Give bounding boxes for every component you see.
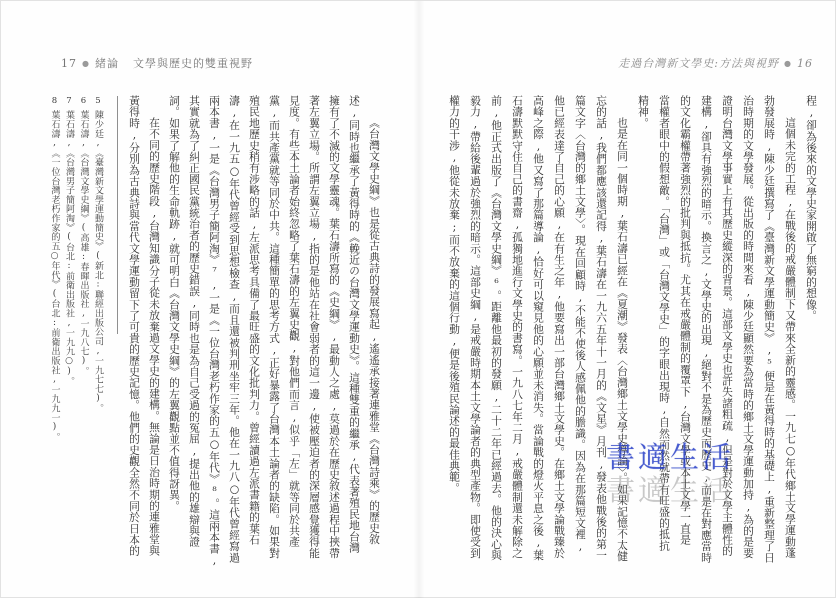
footnote-text: 葉石濤,《一位台灣老朽作家的五○年代》(台北:前衛出版社,一九九一)。 — [50, 110, 60, 442]
text-column: 毅力,帶給後輩過於強烈的暗示。這部史綱,是戒嚴時期本土文學論者的典型產物。即使受… — [465, 95, 486, 577]
footnote: 7葉石濤,《台灣男子簡阿淘》(台北:前衛出版社,一九九○)。 — [62, 96, 77, 556]
footnote-number: 7 — [62, 96, 77, 106]
text-column: 權力的干涉,他從未放棄;而不放棄的這個行動,便是後殖民論述的最佳典範。 — [444, 95, 465, 577]
page-right: 走過台灣新文學史:方法與視野●16 程,卻為後來的文學史家開啟了無窮的想像。 這… — [419, 1, 836, 598]
text-column: 詞。如果了解他的生命軌跡,就可明白《台灣文學史綱》的左翼觀點並不值得訝異。 — [164, 95, 184, 577]
watermark-stamp: 書適生活 書適生活 — [606, 441, 734, 507]
book-spread: 17●緒論文學與歷史的雙重視野 《台灣文學史綱》也是從古典詩的發展寫起,遙遙承接… — [0, 0, 836, 598]
text-column: 這個未完的工程,在戰後的戒嚴體制下又帶來全新的靈感。一九七○年代鄉土文學運動蓬 — [780, 95, 801, 577]
footnote-number: 8 — [47, 96, 62, 106]
footnote: 8葉石濤,《一位台灣老朽作家的五○年代》(台北:前衛出版社,一九九一)。 — [47, 96, 62, 556]
text-column: 黨,而共產黨就等同於中共。這種簡單的思考方式,正好暴露了台灣本土論者的缺陷。如果… — [264, 95, 284, 577]
right-page-number: 16 — [797, 57, 813, 70]
footnote: 5陳少廷,《臺灣新文學運動簡史》(新北:聯經出版公司,一九七七)。 — [91, 96, 106, 556]
left-running-head: 17●緒論文學與歷史的雙重視野 — [61, 55, 253, 71]
text-column: 在不同的歷史階段,台灣知識分子從未放棄過文學史的建構。無論是日治時期的連雅堂與 — [144, 95, 164, 577]
text-column: 其實就為了糾正國民黨統治者的歷史錯誤,同時也是為自己受過的冤屈,提出他的雄辯與證 — [184, 95, 204, 577]
left-page-number: 17 — [61, 57, 77, 70]
footnote-separator — [117, 96, 118, 334]
text-column: 述,同時也繼承了黃得時的《輓近の台灣文學運動史》。這種雙重的繼承,代表著殖民地台… — [344, 95, 364, 577]
text-column: 殖民地歷史稍有涉略的話,左派思考具備了最旺盛的文化批判力。曾經讀過左派書籍的葉石 — [244, 95, 264, 577]
bullet-icon: ● — [784, 59, 792, 68]
page-left: 17●緒論文學與歷史的雙重視野 《台灣文學史綱》也是從古典詩的發展寫起,遙遙承接… — [1, 1, 419, 598]
left-header-section: 緒論 — [95, 57, 119, 70]
text-column: 他已經表達了自己的心願,在有生之年,他要寫出一部台灣鄉土文學史。在鄉土文學論戰臻… — [549, 95, 570, 577]
text-column: 治時期的文學發展。從出版的時間來看,陳少廷顯然要為當時的鄉土文學運動加持,為的是… — [738, 95, 759, 577]
right-header-title: 走過台灣新文學史:方法與視野 — [618, 57, 779, 70]
footnote-block: 5陳少廷,《臺灣新文學運動簡史》(新北:聯經出版公司,一九七七)。 6葉石濤,《… — [47, 96, 105, 556]
footnote-number: 5 — [91, 96, 106, 106]
text-column: 黃得時,分別為古典詩與當代文學運動留下了可貴的歷史記憶。他們的史觀全然不同於日本… — [124, 95, 144, 577]
text-column: 擁有了不滅的文學靈魂。葉石濤所寫的《史綱》,最動人之處,莫過於在歷史敘述過程中挾… — [324, 95, 344, 577]
text-column: 程,卻為後來的文學史家開啟了無窮的想像。 — [801, 95, 822, 577]
footnote-number: 6 — [76, 96, 91, 106]
text-column: 《台灣文學史綱》也是從古典詩的發展寫起,遙遙承接著連雅堂《台灣詩乘》的歷史敘 — [364, 95, 384, 577]
right-running-head: 走過台灣新文學史:方法與視野●16 — [618, 55, 813, 71]
page-fold — [413, 1, 425, 598]
text-column: 兩本書,一是《台灣男子簡阿淘》⁷,一是《一位台灣老朽作家的五○年代》⁸。這兩本書… — [204, 95, 224, 577]
text-column: 高峰之際,他又寫了那篇導論,恰好可以窺見他的心願並未消失。當論戰的燈火平息之後,… — [528, 95, 549, 577]
bullet-icon: ● — [82, 59, 90, 68]
text-column: 著左翼立場。所謂左翼立場,指的是他站在社會弱者的這一邊,使被壓迫者的深層感覺獲得… — [304, 95, 324, 577]
text-column: 篇文字〈台灣的鄉土文學〉。現在回顧時,不能不使後人感佩他的膽識。因為在那篇短文裡… — [570, 95, 591, 577]
text-column: 勃發展時,陳少廷撰寫了《臺灣新文學運動簡史》,⁵便是在黃得時的基礎上,重新整理了… — [759, 95, 780, 577]
footnote-text: 葉石濤,《台灣文學史綱》(高雄:春暉出版社,一九八七)。 — [79, 110, 89, 375]
footnote-text: 陳少廷,《臺灣新文學運動簡史》(新北:聯經出版公司,一九七七)。 — [93, 110, 103, 413]
text-column: 石濤默默守住自己的書齋,孤獨地進行文學史的書寫。一九八七年二月,戒嚴體制還未解除… — [507, 95, 528, 577]
watermark-text-blue: 書適生活 — [606, 441, 734, 474]
left-main-text: 《台灣文學史綱》也是從古典詩的發展寫起,遙遙承接著連雅堂《台灣詩乘》的歷史敘 述… — [124, 95, 384, 577]
footnote-text: 葉石濤,《台灣男子簡阿淘》(台北:前衛出版社,一九九○)。 — [64, 110, 74, 386]
text-column: 見度。有些本土論者始終忽略了葉石濤的左翼史觀,對他們而言,似乎「左」就等同於共產 — [284, 95, 304, 577]
footnote: 6葉石濤,《台灣文學史綱》(高雄:春暉出版社,一九八七)。 — [76, 96, 91, 556]
watermark-text-gray: 書適生活 — [606, 474, 734, 507]
left-header-title: 文學與歷史的雙重視野 — [133, 57, 253, 70]
text-column: 前,他正式出版了《台灣文學史綱》⁶。距離他最初的發願,二十二年已經過去。他的決心… — [486, 95, 507, 577]
text-column: 濤,在一九五○年代曾經受到思想檢查,而且還被判刑坐牢三年。他在一九八○年代曾經寫… — [224, 95, 244, 577]
